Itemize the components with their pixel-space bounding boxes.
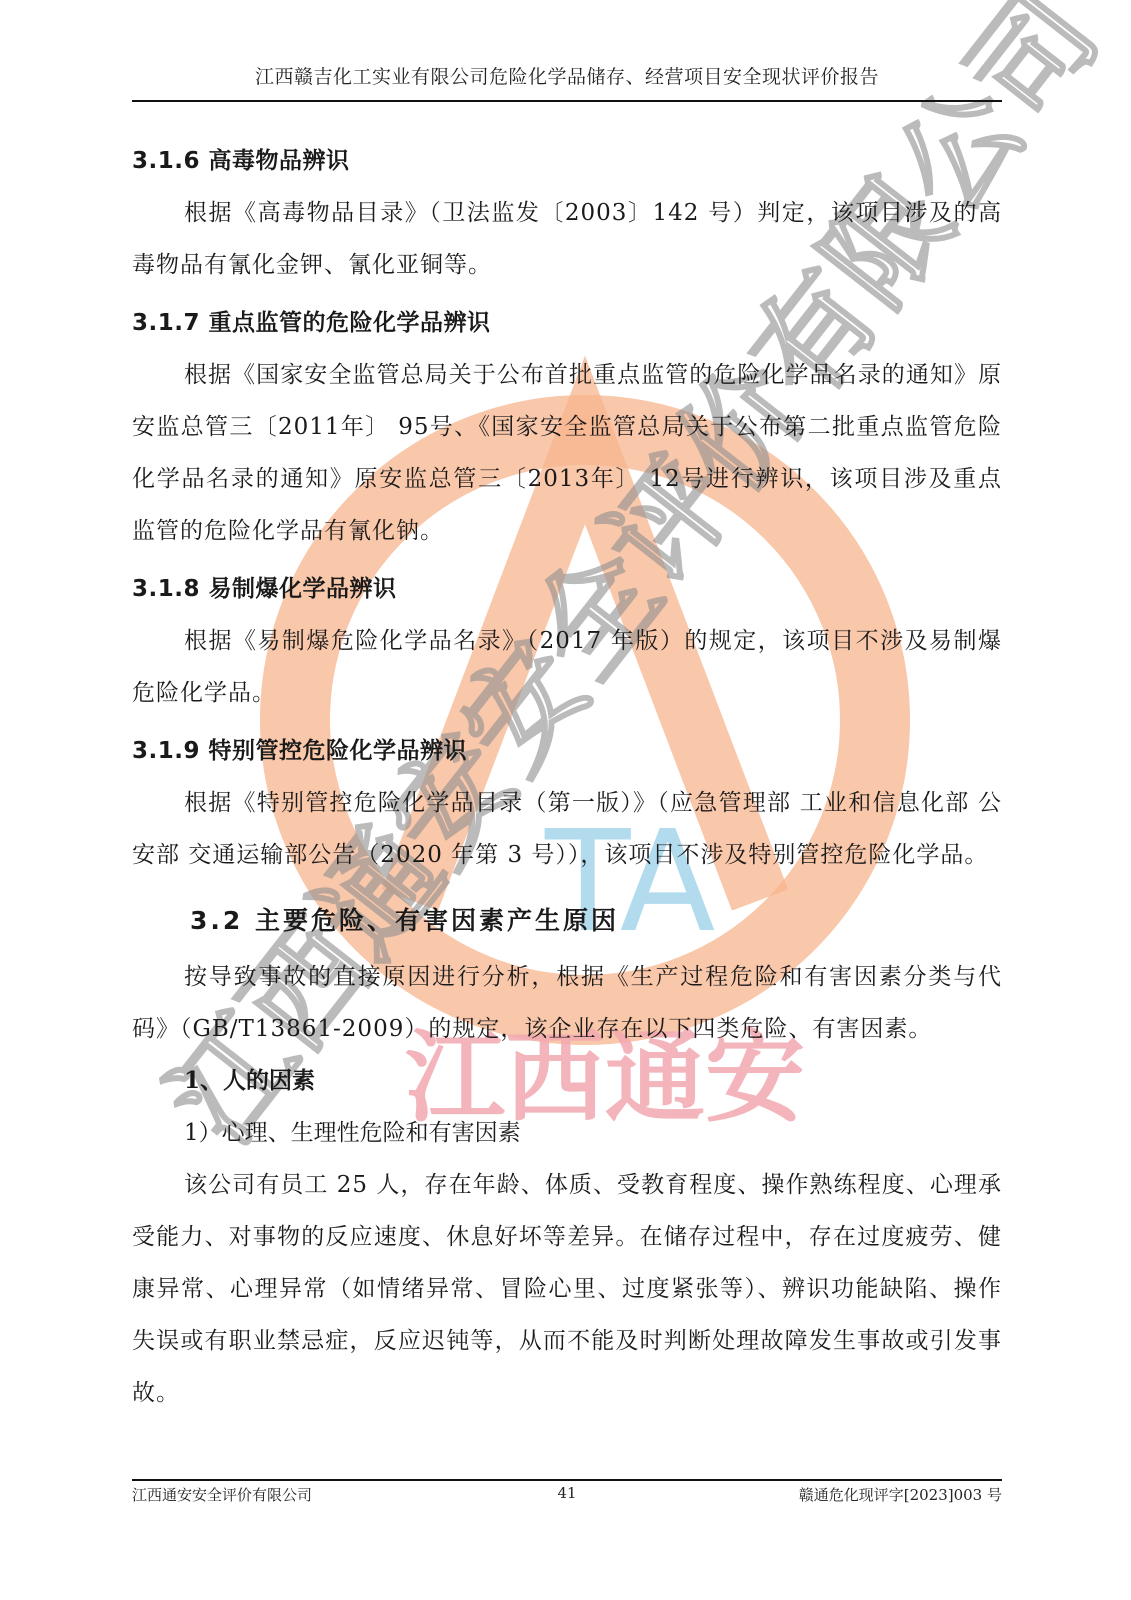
subheading-psych-physio: 1）心理、生理性危险和有害因素 [132,1107,1002,1159]
footer-doc-number: 赣通危化现评字[2023]003 号 [799,1484,1002,1505]
paragraph: 该公司有员工 25 人，存在年龄、体质、受教育程度、操作熟练程度、心理承受能力、… [132,1159,1002,1419]
section-heading-3-1-9: 3.1.9 特别管控危险化学品辨识 [132,725,1002,777]
header-divider [132,100,1002,102]
section-heading-3-1-8: 3.1.8 易制爆化学品辨识 [132,563,1002,615]
running-header-title: 江西赣吉化工实业有限公司危险化学品储存、经营项目安全现状评价报告 [132,62,1002,89]
paragraph: 根据《国家安全监管总局关于公布首批重点监管的危险化学品名录的通知》原安监总管三〔… [132,349,1002,557]
subheading-human-factors: 1、人的因素 [132,1055,1002,1107]
section-heading-3-2: 3.2 主要危险、有害因素产生原因 [132,891,1002,951]
document-page: TA 江西通安 江西通安安全评价有限公司 江西赣吉化工实业有限公司危险化学品储存… [0,0,1131,1600]
footer-divider [132,1479,1002,1481]
section-heading-3-1-7: 3.1.7 重点监管的危险化学品辨识 [132,297,1002,349]
body-content: 3.1.6 高毒物品辨识 根据《高毒物品目录》（卫法监发〔2003〕142 号）… [132,135,1002,1419]
page-footer: 江西通安安全评价有限公司 41 赣通危化现评字[2023]003 号 [132,1484,1002,1506]
paragraph: 根据《易制爆危险化学品名录》（2017 年版）的规定，该项目不涉及易制爆危险化学… [132,615,1002,719]
paragraph: 根据《高毒物品目录》（卫法监发〔2003〕142 号）判定，该项目涉及的高毒物品… [132,187,1002,291]
paragraph: 根据《特别管控危险化学品目录（第一版）》（应急管理部 工业和信息化部 公安部 交… [132,777,1002,881]
paragraph: 按导致事故的直接原因进行分析，根据《生产过程危险和有害因素分类与代码》（GB/T… [132,951,1002,1055]
section-heading-3-1-6: 3.1.6 高毒物品辨识 [132,135,1002,187]
